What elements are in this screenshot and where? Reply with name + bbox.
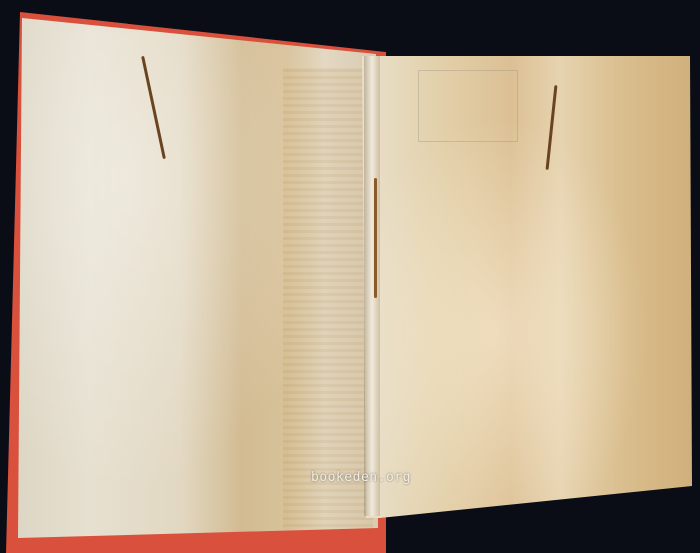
photo-scene: bookeden.org: [0, 0, 700, 553]
faded-pencil-inscription: [418, 70, 518, 142]
left-endpaper: [18, 18, 378, 548]
watermark-text: bookeden.org: [311, 470, 411, 485]
gutter-tear: [374, 178, 377, 298]
right-endpaper: [362, 56, 692, 518]
book-gutter: [364, 56, 380, 516]
